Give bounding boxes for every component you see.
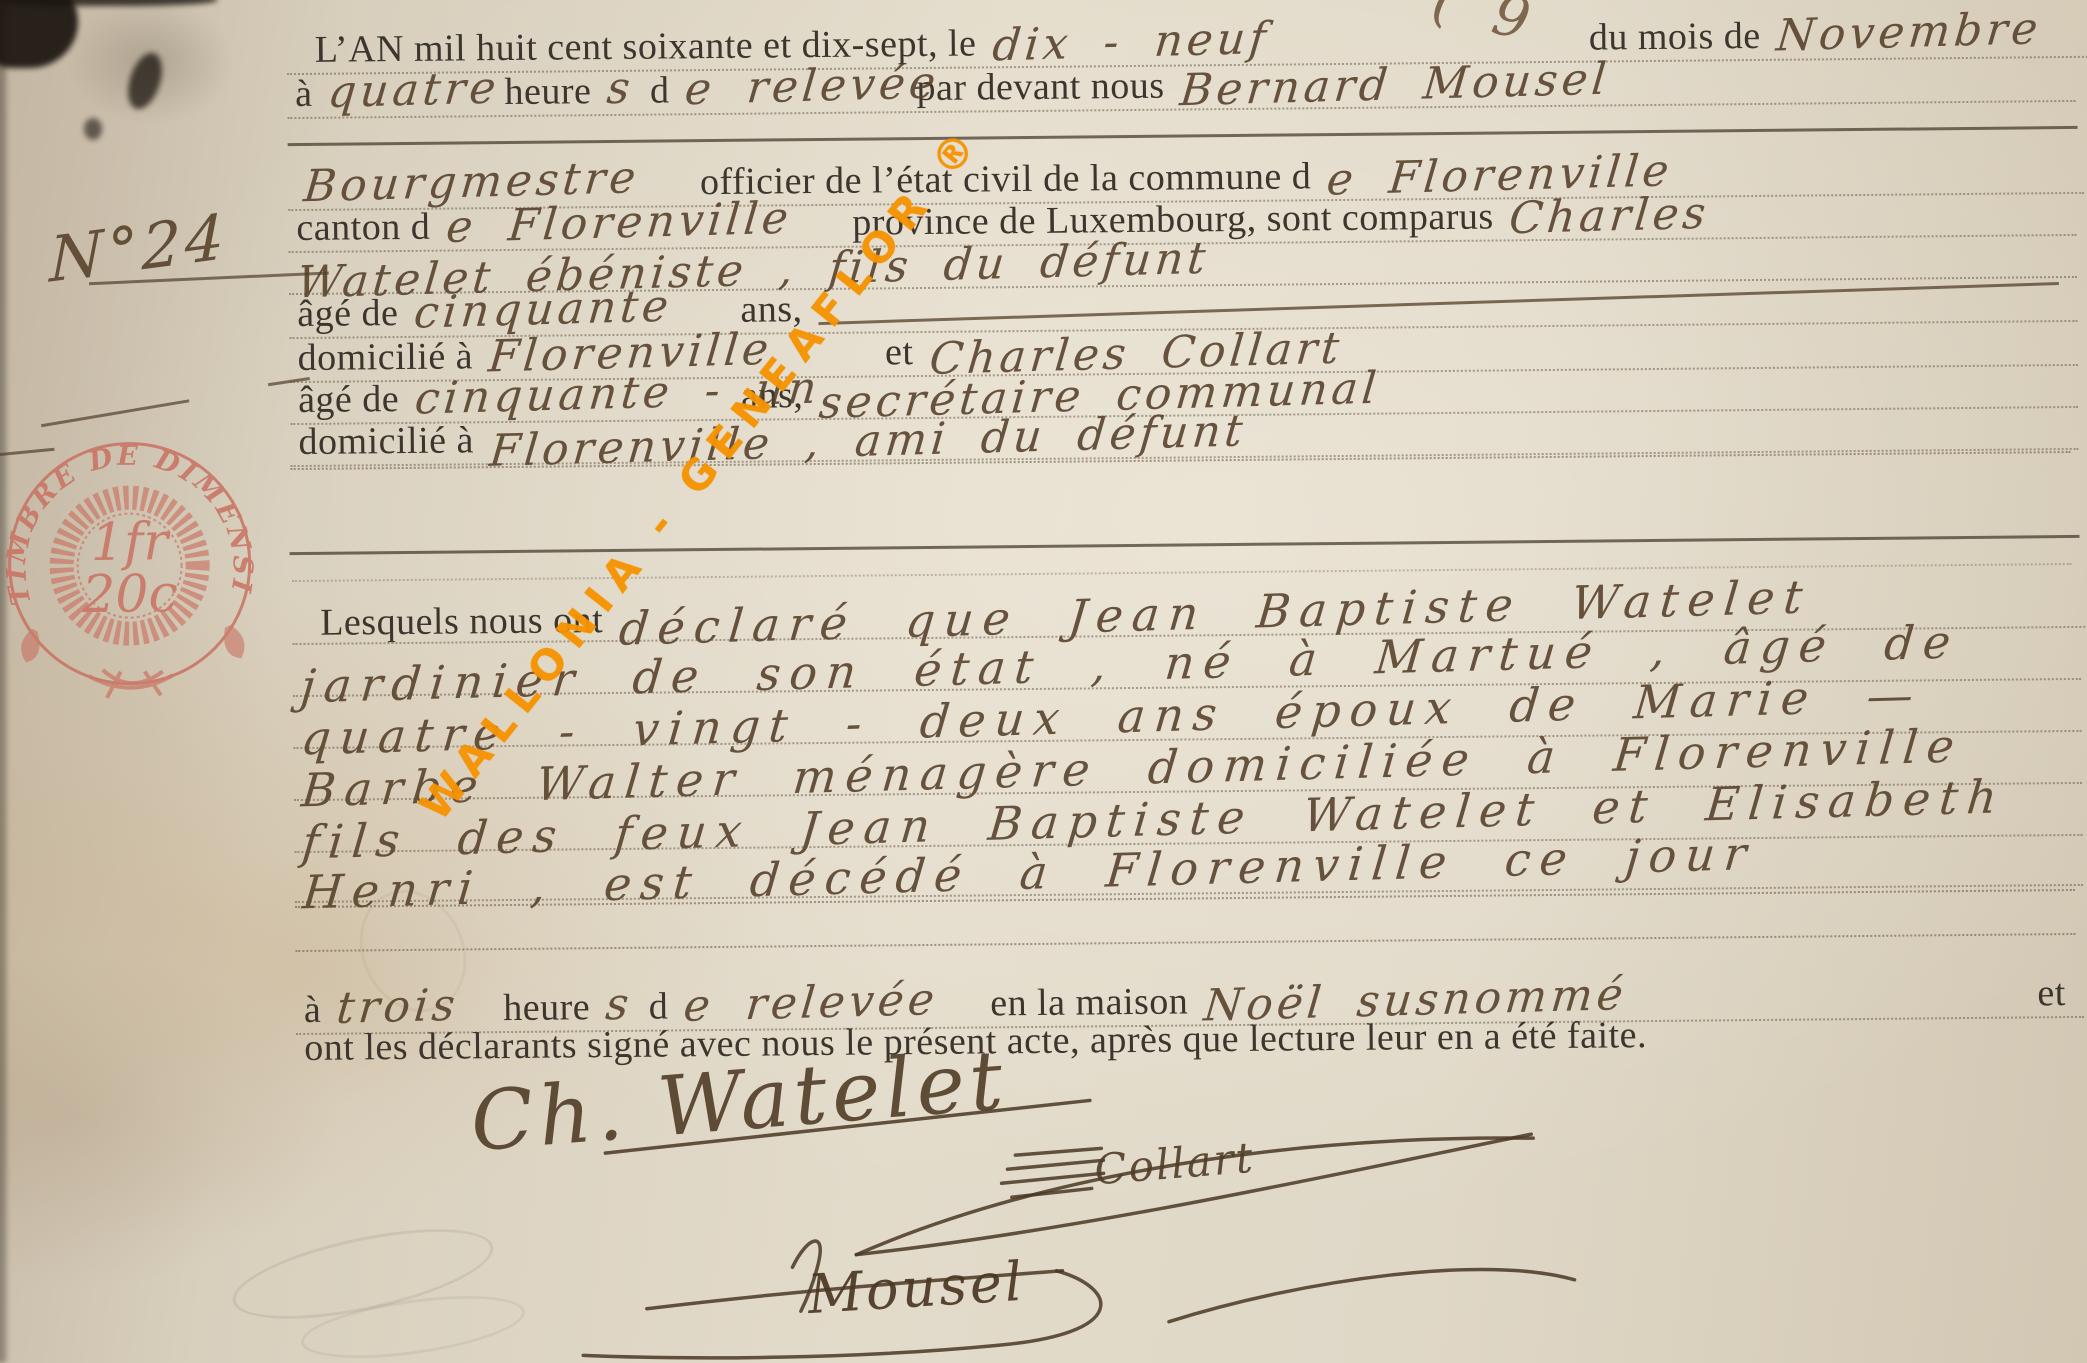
stamp-value-centimes: 20c	[81, 564, 178, 625]
signature-mousel: Mousel	[805, 1250, 1027, 1326]
stamp-leaf-right	[226, 627, 243, 657]
entry-relevee: e relevée	[683, 58, 903, 115]
revenue-stamp: TIMBRE DE DIMENSION. 1fr 20c	[0, 432, 265, 703]
stamp-leaf-left	[22, 631, 38, 661]
printed-heure: heure	[504, 69, 591, 114]
printed-a: à	[295, 72, 313, 116]
ruled-line	[295, 933, 2075, 952]
entry-heure-s: s	[605, 62, 636, 114]
printed-par-devant-nous: par devant nous	[916, 64, 1165, 110]
margin-dash	[41, 399, 189, 427]
ruled-line	[290, 535, 2080, 555]
signature-collart: Collart	[1093, 1133, 1257, 1195]
scanned-death-record: ( 9 N°24 TIMBRE DE DIMENSION. 1fr	[0, 0, 2087, 1363]
stamp-ribbon	[89, 669, 173, 698]
signature-flourish	[1168, 1269, 1574, 1322]
printed-domicilie: domicilié à	[298, 418, 474, 464]
entry-hour: quatre	[326, 63, 491, 118]
signature-ch-watelet: Ch. Watelet	[467, 1033, 1011, 1170]
signature-block: Ch. Watelet Collart Mousel	[354, 1026, 1757, 1363]
printed-d: d	[650, 68, 670, 112]
